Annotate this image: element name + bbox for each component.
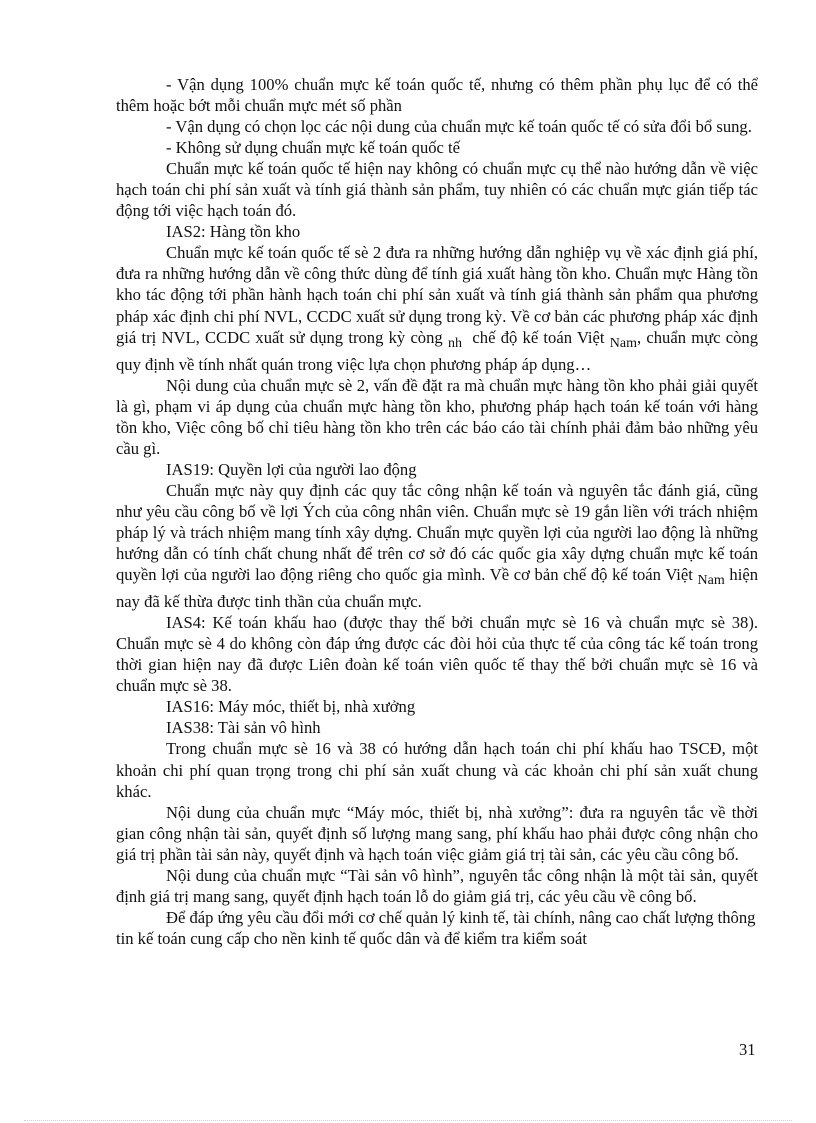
paragraph-ias4: IAS4: Kế toán khấu hao (được thay thế bở… <box>116 612 758 696</box>
paragraph-ias2-content: Nội dung của chuẩn mực sè 2, vấn đề đặt … <box>116 375 758 459</box>
paragraph-ias38-content: Nội dung của chuẩn mực “Tài sản vô hình”… <box>116 865 758 907</box>
document-page: - Vận dụng 100% chuẩn mực kế toán quốc t… <box>0 0 816 1123</box>
subscript-run: nh <box>448 336 462 351</box>
subscript-run: Nam <box>610 336 637 351</box>
text-run: chế độ kế toán Việt <box>462 328 610 347</box>
heading-ias16: IAS16: Máy móc, thiết bị, nhà xưởng <box>116 696 758 717</box>
heading-ias2: IAS2: Hàng tồn kho <box>116 221 758 242</box>
text-run: Chuẩn mực này quy định các quy tắc công … <box>116 481 758 584</box>
body-text: - Vận dụng 100% chuẩn mực kế toán quốc t… <box>116 74 758 949</box>
bullet-apply-fully: - Vận dụng 100% chuẩn mực kế toán quốc t… <box>116 74 758 116</box>
page-bottom-divider <box>24 1120 792 1121</box>
paragraph-intro: Chuẩn mực kế toán quốc tế hiện nay không… <box>116 158 758 221</box>
paragraph-ias2-guidance: Chuẩn mực kế toán quốc tế sè 2 đưa ra nh… <box>116 242 758 374</box>
page-number: 31 <box>739 1040 756 1060</box>
paragraph-ias16-38: Trong chuẩn mực sè 16 và 38 có hướng dẫn… <box>116 738 758 801</box>
subscript-run: Nam <box>698 573 725 588</box>
heading-ias19: IAS19: Quyền lợi của người lao động <box>116 459 758 480</box>
bullet-not-apply: - Không sử dụng chuẩn mực kế toán quốc t… <box>116 137 758 158</box>
paragraph-reform: Để đáp ứng yêu cầu đổi mới cơ chế quản l… <box>116 907 758 949</box>
paragraph-ias16-content: Nội dung của chuẩn mực “Máy móc, thiết b… <box>116 802 758 865</box>
heading-ias38: IAS38: Tài sản vô hình <box>116 717 758 738</box>
bullet-apply-selectively: - Vận dụng có chọn lọc các nội dung của … <box>116 116 758 137</box>
paragraph-ias19: Chuẩn mực này quy định các quy tắc công … <box>116 480 758 612</box>
